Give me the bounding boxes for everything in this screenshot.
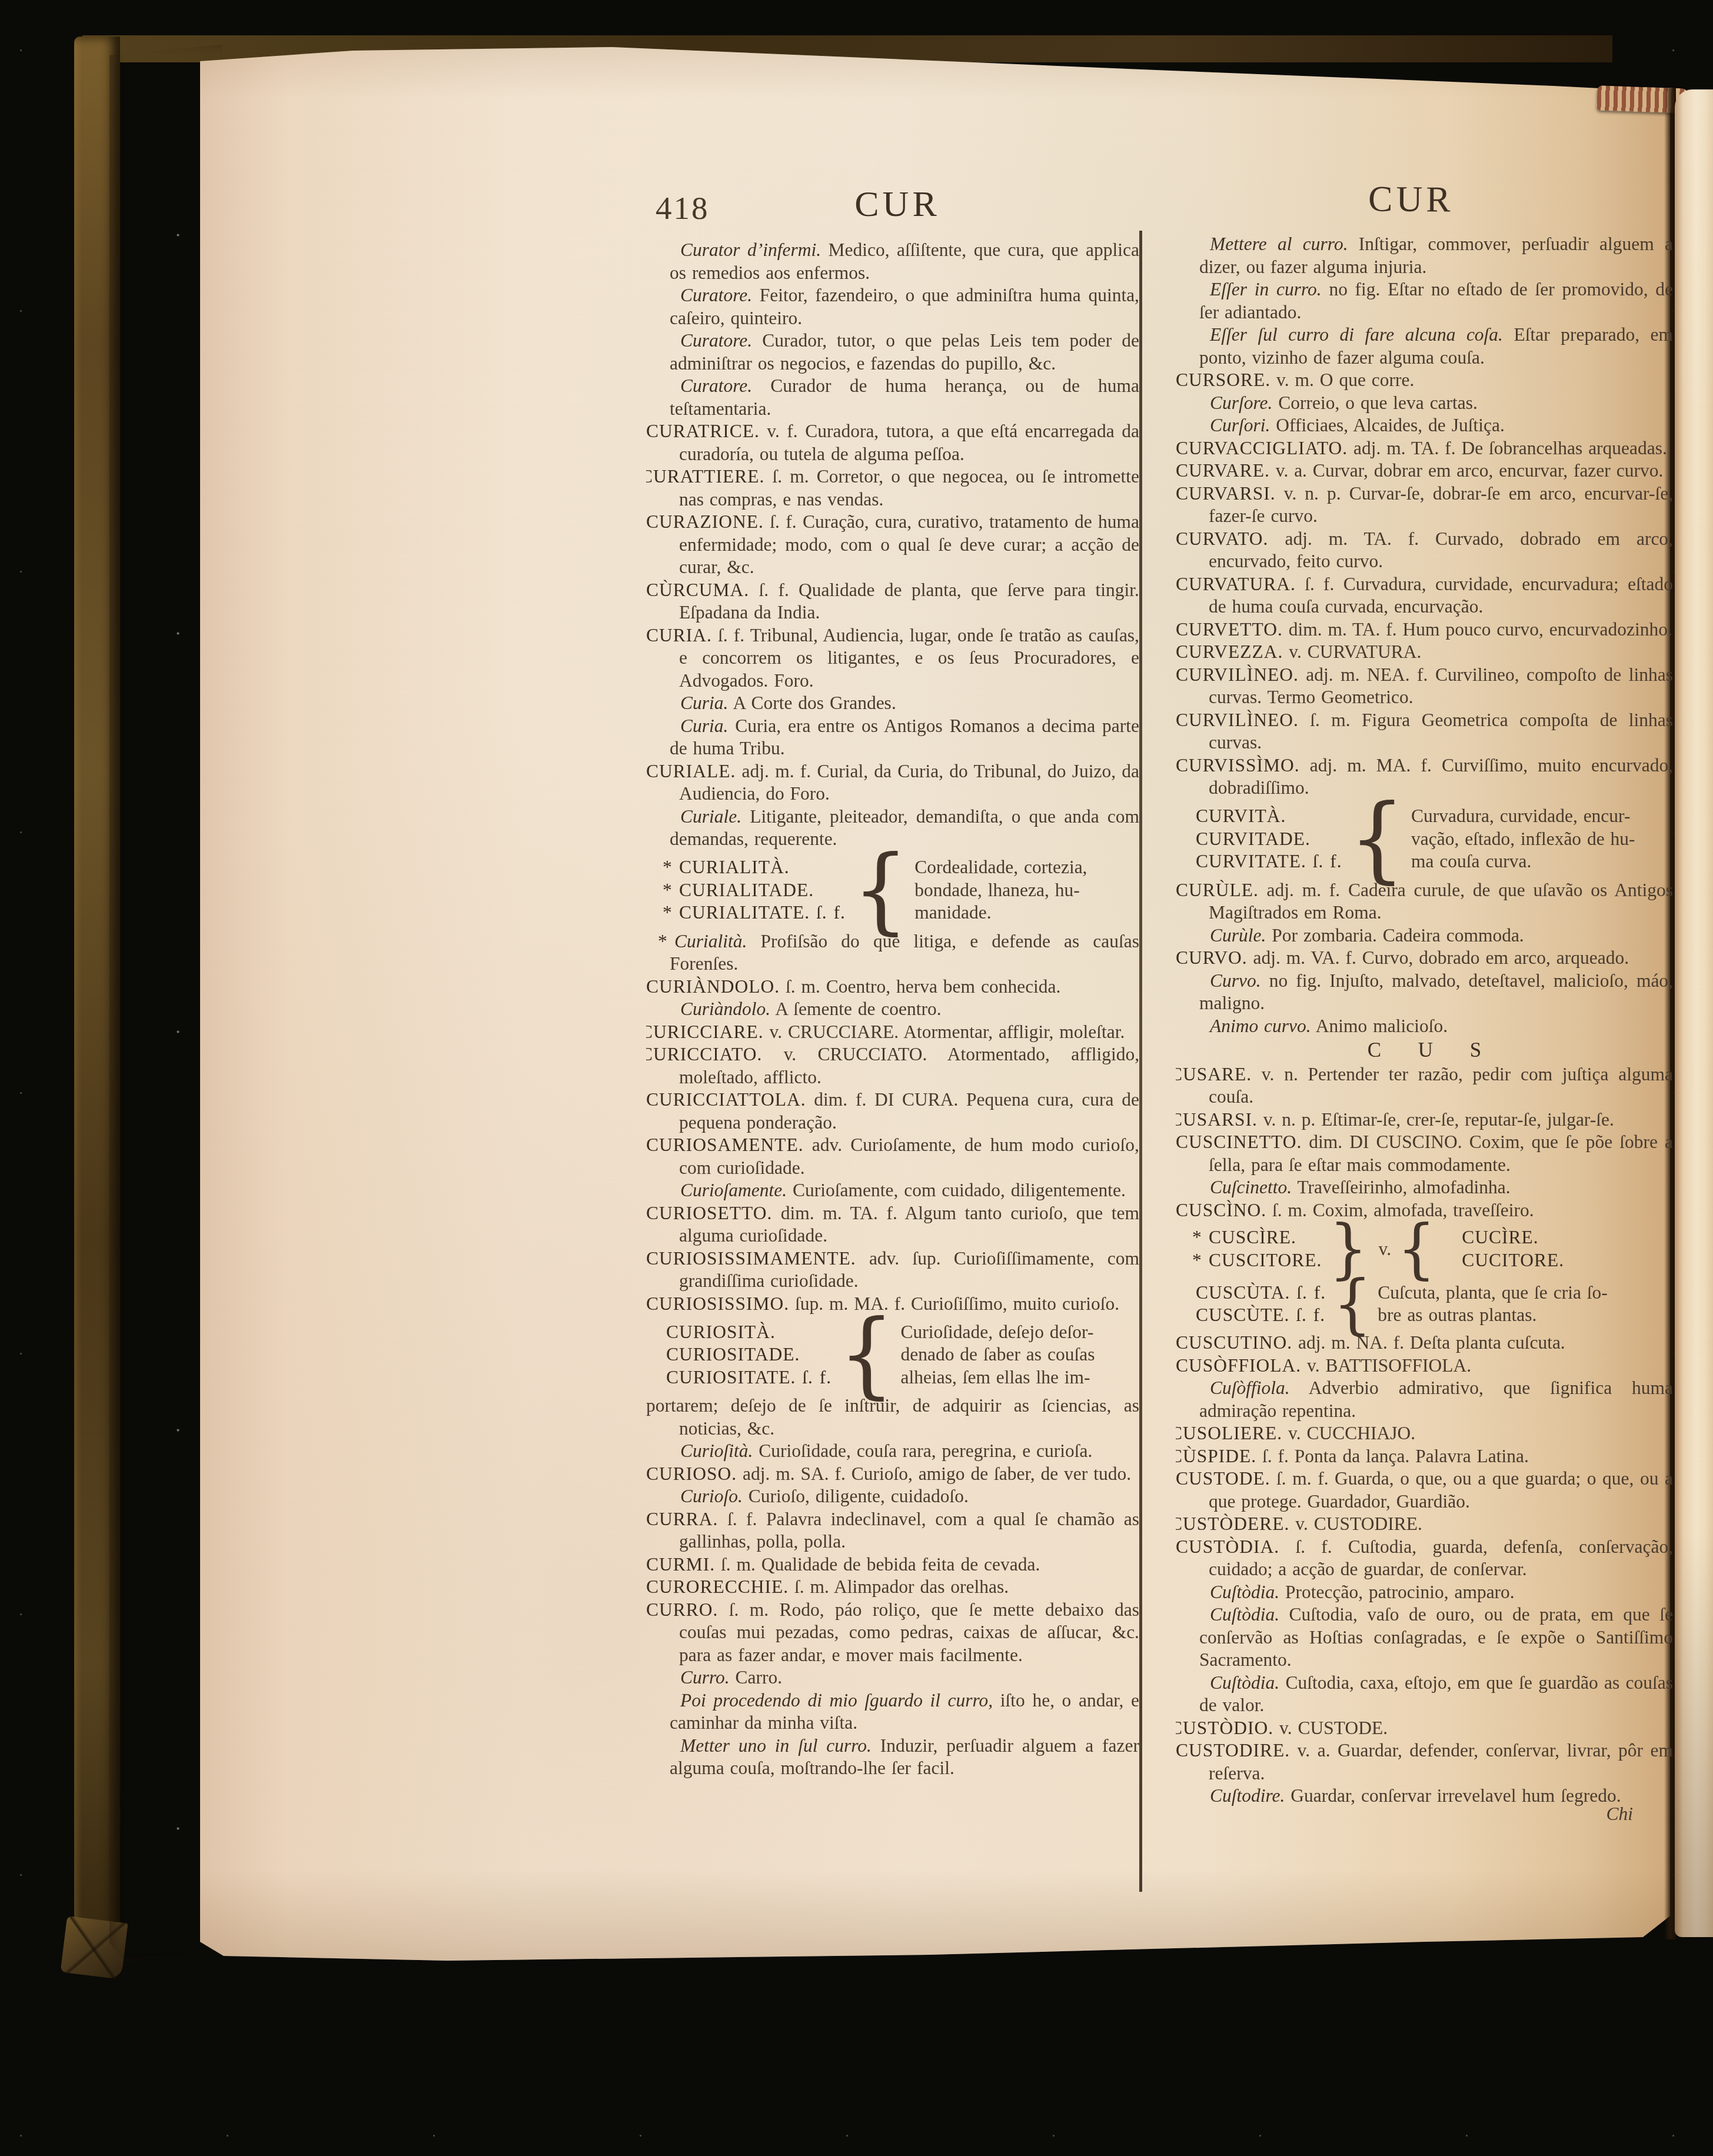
entry-headword: CURORECCHIE. [646, 1576, 789, 1597]
dictionary-entry: Eſſer in curro. no fig. Eſtar no eſtado … [1176, 278, 1673, 324]
dictionary-entry: Curioſamente. Curioſamente, com cuidado,… [646, 1179, 1139, 1202]
dictionary-entry: CURVARE. v. a. Curvar, dobrar em arco, e… [1176, 460, 1673, 483]
dictionary-entry: Cuſtòdia. Protecção, patrocinio, amparo. [1176, 1581, 1673, 1604]
entry-headword: Cuſcinetto. [1210, 1177, 1292, 1197]
dictionary-entry: Animo curvo. Animo malicioſo. [1176, 1015, 1673, 1038]
entry-headword: CURVITATE. ſ. f. [1196, 851, 1342, 871]
section-header: C U S [1176, 1039, 1673, 1062]
entry-headword: CÙRCUMA. [646, 580, 749, 600]
entry-headword: Cuſtodire. [1210, 1785, 1285, 1806]
dictionary-entry: CURVEZZA. v. CURVATURA. [1176, 641, 1673, 664]
entry-definition: v. CRUCCIARE. Atormentar, affligir, mole… [770, 1022, 1125, 1042]
entry-definition: adj. m. VA. f. Curvo, dobrado em arco, a… [1253, 947, 1629, 968]
entry-headword: CUSARE. [1176, 1064, 1252, 1084]
entry-definition: Guardar, conſervar irrevelavel hum ſegre… [1290, 1785, 1621, 1806]
entry-definition: v. a. Curvar, dobrar em arco, encurvar, … [1276, 460, 1664, 481]
entry-headword: CURIALITÀ. [679, 857, 790, 877]
dictionary-entry: Curiàndolo. A ſemente de coentro. [646, 998, 1139, 1021]
page-number: 418 [656, 189, 710, 227]
running-head-left: CUR [803, 184, 992, 225]
entry-definition: ſ. m. Qualidade de bebida feita de cevad… [721, 1554, 1040, 1575]
entry-definition: dim. m. TA. f. Hum pouco curvo, encurvad… [1289, 619, 1672, 640]
entry-headword: CURVILÌNEO. [1176, 710, 1299, 730]
dictionary-entry: Curvo. no fig. Injuſto, malvado, deteſta… [1176, 970, 1673, 1015]
dictionary-entry: Curſori. Officiaes, Alcaides, de Juſtiça… [1176, 414, 1673, 437]
entry-headword: CURSORE. [1176, 370, 1270, 390]
brace-definition: Cordealidade, cortezia, bondade, lhaneza… [914, 856, 1139, 924]
dictionary-entry: Curia. A Corte dos Grandes. [646, 692, 1139, 715]
running-head-right: CUR [1317, 178, 1505, 221]
entry-headword: CUSCINETTO. [1176, 1132, 1302, 1152]
dictionary-entry: CURVO. adj. m. VA. f. Curvo, dobrado em … [1176, 947, 1673, 970]
entry-star: * [1192, 1249, 1209, 1272]
entry-headword: CUCÌRE. [1462, 1227, 1538, 1247]
entry-headword: CUSTÒDIA. [1176, 1536, 1279, 1557]
brace-headword-row: CUSCÙTE. ſ. f. [1176, 1304, 1326, 1327]
brace-headwords: CURVITÀ.CURVITADE.CURVITATE. ſ. f. [1176, 805, 1342, 873]
dictionary-entry: *CUSARSI. v. n. p. Eſtimar-ſe, crer-ſe, … [1176, 1109, 1673, 1132]
dictionary-entry: CURIOSETTO. dim. m. TA. f. Algum tanto c… [646, 1202, 1139, 1247]
entry-headword: CURIOSITÀ. [666, 1322, 776, 1342]
entry-headword: CURIALITADE. [679, 880, 814, 900]
dictionary-entry: CURRA. ſ. f. Palavra indeclinavel, com a… [646, 1508, 1139, 1553]
entry-definition: v. n. p. Eſtimar-ſe, crer-ſe, reputar-ſe… [1263, 1109, 1614, 1130]
brace-target-headwords: CUCÌRE.CUCITORE. [1442, 1226, 1564, 1272]
entry-star: * [658, 930, 674, 953]
dictionary-entry: CUSTÒDIA. ſ. f. Cuſtodia, guarda, defenſ… [1176, 1536, 1673, 1581]
left-column: Curator d’infermi. Medico, aſſiſtente, q… [646, 239, 1139, 1943]
brace-group: *CURIALITÀ.*CURIALITADE.*CURIALITATE. ſ.… [646, 851, 1139, 930]
entry-definition: ſ. m. Rodo, páo roliço, que ſe mette deb… [679, 1599, 1139, 1665]
brace-definition: Cuſcuta, planta, que ſe cria ſo- bre as … [1378, 1282, 1673, 1327]
entry-headword: CUSTÒDERE. [1176, 1513, 1289, 1534]
entry-headword: Eſſer in curro. [1210, 279, 1322, 300]
brace-glyph: { [1333, 1275, 1372, 1333]
entry-definition: ſ. m. Alimpador das orelhas. [794, 1576, 1009, 1597]
dictionary-entry: Cuſtòdia. Cuſtodia, caxa, eſtojo, em que… [1176, 1672, 1673, 1717]
dictionary-entry: CURATRICE. v. f. Curadora, tutora, a que… [646, 420, 1139, 465]
entry-headword: Metter uno in ſul curro. [680, 1735, 872, 1756]
entry-headword: CURIOSITATE. ſ. f. [666, 1367, 831, 1388]
dictionary-entry: Curro. Carro. [646, 1666, 1139, 1689]
entry-definition: v. CUCCHIAJO. [1288, 1423, 1415, 1443]
entry-headword: CURVO. [1176, 947, 1248, 968]
dictionary-entry: Curùle. Por zombaria. Cadeira commoda. [1176, 924, 1673, 947]
entry-headword: CURVITADE. [1196, 829, 1310, 849]
entry-headword: CURVISSÌMO. [1176, 755, 1300, 776]
dictionary-entry: CUSCINETTO. dim. DI CUSCINO. Coxim, que … [1176, 1131, 1673, 1176]
entry-headword: CÙSPIDE. [1176, 1446, 1256, 1466]
section-header-text: C U S [1368, 1039, 1497, 1062]
right-column: Mettere al curro. Inſtigar, commover, pe… [1176, 233, 1673, 1904]
entry-definition: v. m. O que corre. [1276, 370, 1414, 390]
dictionary-entry: *CURICCIATO. v. CRUCCIATO. Atormentado, … [646, 1043, 1139, 1089]
entry-headword: CURVITÀ. [1196, 806, 1286, 826]
brace-glyph: { [1397, 1220, 1436, 1278]
entry-definition: Protecção, patrocinio, amparo. [1285, 1582, 1515, 1602]
dictionary-entry: CURÙLE. adj. m. f. Cadeira curule, de qu… [1176, 879, 1673, 924]
entry-headword: Curiale. [680, 806, 741, 827]
entry-definition: v. CUSTODE. [1279, 1718, 1388, 1738]
brace-glyph: { [853, 848, 909, 932]
entry-headword: CURIOSETTO. [646, 1203, 772, 1223]
dictionary-entry: Curioſo. Curioſo, diligente, cuidadoſo. [646, 1485, 1139, 1508]
dictionary-entry: Curſore. Correio, o que leva cartas. [1176, 392, 1673, 415]
dictionary-entry: CURVATURA. ſ. f. Curvadura, curvidade, e… [1176, 573, 1673, 618]
dictionary-entry: CURVATO. adj. m. TA. f. Curvado, dobrado… [1176, 528, 1673, 573]
brace-headword-row: CUCITORE. [1442, 1249, 1564, 1272]
entry-headword: CUSOLIERE. [1176, 1423, 1282, 1443]
entry-headword: CURICCIATTOLA. [646, 1089, 806, 1110]
dictionary-entry: CURIA. ſ. f. Tribunal, Audiencia, lugar,… [646, 624, 1139, 693]
entry-definition: Animo malicioſo. [1316, 1016, 1448, 1036]
entry-headword: Curſore. [1210, 392, 1272, 413]
dictionary-entry: CURRO. ſ. m. Rodo, páo roliço, que ſe me… [646, 1599, 1139, 1667]
entry-headword: CUSCÙTE. ſ. f. [1196, 1305, 1325, 1325]
entry-definition: Curioſamente, com cuidado, diligentement… [793, 1180, 1126, 1200]
entry-headword: CUSCUTINO. [1176, 1332, 1292, 1353]
dictionary-entry: Curatore. Curador de huma herança, ou de… [646, 375, 1139, 420]
entry-headword: Curvo. [1210, 970, 1261, 991]
entry-definition: v. BATTISOFFIOLA. [1307, 1355, 1471, 1376]
dictionary-entry: CURIALE. adj. m. f. Curial, da Curia, do… [646, 760, 1139, 806]
brace-headword-row: CURVITÀ. [1176, 805, 1342, 828]
entry-headword: CUSTODE. [1176, 1468, 1270, 1489]
dictionary-entry: CURVACCIGLIATO. adj. m. TA. f. De ſobran… [1176, 437, 1673, 460]
brace-headword-row: CURVITATE. ſ. f. [1176, 850, 1342, 873]
brace-headword-row: CURVITADE. [1176, 828, 1342, 851]
brace-headwords: CURIOSITÀ.CURIOSITADE.CURIOSITATE. ſ. f. [646, 1321, 831, 1389]
brace-headword-row: CUCÌRE. [1442, 1226, 1564, 1249]
brace-headword-row: CURIOSITADE. [646, 1343, 831, 1366]
entry-headword: CUCITORE. [1462, 1250, 1564, 1270]
dictionary-entry: CUSTODIRE. v. a. Guardar, defender, conſ… [1176, 1739, 1673, 1785]
entry-definition: A Corte dos Grandes. [733, 693, 896, 713]
entry-definition: Officiaes, Alcaides, de Juſtiça. [1276, 415, 1505, 435]
dictionary-entry: CURIOSISSIMAMENTE. adv. ſup. Curioſiſſim… [646, 1247, 1139, 1293]
dictionary-entry: CURVILÌNEO. ſ. m. Figura Geometrica comp… [1176, 709, 1673, 754]
dictionary-entry: *CUSOLIERE. v. CUCCHIAJO. [1176, 1422, 1673, 1445]
entry-headword: CURVARSI. [1176, 483, 1276, 504]
entry-star: * [663, 901, 679, 924]
page-content: 418 CUR CUR Curator d’infermi. Medico, a… [0, 0, 1713, 2156]
dictionary-entry: Cuſtòdia. Cuſtodia, vaſo de ouro, ou de … [1176, 1603, 1673, 1672]
dictionary-entry: *CURATTIERE. ſ. m. Corretor, o que negoc… [646, 465, 1139, 511]
brace-headword-row: *CUSCÌRE. [1176, 1226, 1322, 1249]
entry-definition: Por zombaria. Cadeira commoda. [1272, 925, 1524, 946]
dictionary-entry: *CÙSPIDE. ſ. f. Ponta da lança. Palavra … [1176, 1445, 1673, 1468]
dictionary-entry: CURAZIONE. ſ. f. Curação, cura, curativo… [646, 511, 1139, 579]
entry-headword: CURVARE. [1176, 460, 1270, 481]
dictionary-entry: *CUSTÒDERE. v. CUSTODIRE. [1176, 1513, 1673, 1536]
entry-headword: CUSTÒDIO. [1176, 1718, 1273, 1738]
entry-headword: CURVATURA. [1176, 574, 1296, 594]
entry-definition: v. CURVATURA. [1289, 641, 1421, 662]
entry-headword: Cuſtòdia. [1210, 1604, 1279, 1625]
dictionary-entry: *CUSTÒDIO. v. CUSTODE. [1176, 1717, 1673, 1740]
entry-headword: CUSCÌNO. [1176, 1200, 1266, 1220]
brace-headword-row: *CURIALITADE. [646, 879, 846, 902]
entry-headword: CURIALE. [646, 761, 736, 781]
entry-headword: Animo curvo. [1210, 1016, 1311, 1036]
entry-headword: Cuſtòdia. [1210, 1672, 1279, 1693]
brace-headword-row: *CURIALITATE. ſ. f. [646, 901, 846, 924]
brace-definition: Curvadura, curvidade, encur- vação, eſta… [1411, 805, 1673, 873]
dictionary-entry: CURIOSO. adj. m. SA. f. Curioſo, amigo d… [646, 1463, 1139, 1486]
entry-definition: v. CUSTODIRE. [1295, 1513, 1422, 1534]
cross-reference-v: v. [1379, 1238, 1392, 1261]
dictionary-entry: CUSTODE. ſ. m. f. Guarda, o que, ou a qu… [1176, 1468, 1673, 1513]
entry-headword: CURAZIONE. [646, 511, 764, 532]
entry-headword: CURVEZZA. [1176, 641, 1283, 662]
entry-headword: CURVILÌNEO. [1176, 664, 1299, 685]
entry-headword: Curioſamente. [680, 1180, 787, 1200]
entry-definition: adj. m. f. Curial, da Curia, do Tribunal… [679, 761, 1139, 804]
book-scan: 418 CUR CUR Curator d’infermi. Medico, a… [0, 0, 1713, 2156]
entry-definition: Curioſidade, couſa rara, peregrina, e cu… [759, 1440, 1092, 1461]
entry-headword: CURATRICE. [646, 421, 760, 441]
entry-headword: CURIOSO. [646, 1463, 737, 1484]
brace-group: CURVITÀ.CURVITADE.CURVITATE. ſ. f.{Curva… [1176, 800, 1673, 879]
entry-headword: Curro. [680, 1667, 730, 1688]
brace-glyph: { [839, 1313, 894, 1397]
entry-definition: adj. m. SA. f. Curioſo, amigo de ſaber, … [743, 1463, 1131, 1484]
entry-definition: adj. m. TA. f. Curvado, dobrado em arco,… [1209, 528, 1673, 572]
entry-headword: Poi procedendo di mio ſguardo il curro, [680, 1690, 993, 1711]
entry-headword: Eſſer ſul curro di fare alcuna coſa. [1210, 324, 1503, 345]
brace-headword-row: CUSCÙTA. ſ. f. [1176, 1282, 1326, 1305]
entry-headword: Curatore. [680, 285, 752, 305]
entry-headword: Curiàndolo. [680, 999, 770, 1019]
entry-definition: Traveſſeirinho, almofadinha. [1297, 1177, 1510, 1197]
entry-headword: CURMI. [646, 1554, 715, 1575]
entry-headword: Curatore. [680, 375, 752, 396]
entry-headword: Cuſtòdia. [1210, 1582, 1279, 1602]
dictionary-entry: Curatore. Feitor, fazendeiro, o que admi… [646, 284, 1139, 330]
dictionary-entry: Metter uno in ſul curro. Induzir, perſua… [646, 1735, 1139, 1780]
brace-headwords: *CURIALITÀ.*CURIALITADE.*CURIALITATE. ſ.… [646, 856, 846, 924]
entry-definition: Carro. [736, 1667, 783, 1688]
entry-headword: CURIÀNDOLO. [646, 976, 780, 997]
dictionary-entry: CURIOSAMENTE. adv. Curioſamente, de hum … [646, 1134, 1139, 1179]
entry-definition: A ſemente de coentro. [775, 999, 941, 1019]
entry-definition: Curia, era entre os Antigos Romanos a de… [670, 716, 1139, 759]
dictionary-entry: Curatore. Curador, tutor, o que pelas Le… [646, 330, 1139, 375]
dictionary-entry: CURVISSÌMO. adj. m. MA. f. Curviſſimo, m… [1176, 754, 1673, 800]
entry-headword: CURIOSISSIMAMENTE. [646, 1248, 856, 1269]
entry-definition: no fig. Injuſto, malvado, deteſtavel, ma… [1199, 970, 1673, 1014]
dictionary-entry: Cuſcinetto. Traveſſeirinho, almofadinha. [1176, 1176, 1673, 1199]
entry-headword: CURIOSISSIMO. [646, 1293, 789, 1314]
entry-headword: CURIALITATE. ſ. f. [679, 902, 846, 923]
dictionary-entry: CUSÒFFIOLA. v. BATTISOFFIOLA. [1176, 1355, 1673, 1378]
brace-headword-row: CURIOSITÀ. [646, 1321, 831, 1344]
entry-definition: Correio, o que leva cartas. [1278, 392, 1478, 413]
entry-headword: Curia. [680, 693, 728, 713]
entry-headword: CUSCITORE. [1209, 1250, 1322, 1270]
entry-headword: CUSÒFFIOLA. [1176, 1355, 1301, 1376]
entry-headword: CURRA. [646, 1509, 718, 1529]
dictionary-entry: Curator d’infermi. Medico, aſſiſtente, q… [646, 239, 1139, 284]
entry-headword: CURIOSITADE. [666, 1344, 800, 1365]
entry-headword: Curialità. [674, 931, 747, 951]
dictionary-entry: Curia. Curia, era entre os Antigos Roman… [646, 715, 1139, 760]
brace-headword-row: *CUSCITORE. [1176, 1249, 1322, 1272]
entry-headword: Mettere al curro. [1210, 234, 1348, 254]
entry-star: * [663, 879, 679, 902]
entry-headword: Curioſo. [680, 1486, 743, 1506]
entry-headword: CURVATO. [1176, 528, 1269, 549]
entry-headword: CURICCIARE. [646, 1022, 764, 1042]
entry-definition: v. n. Pertender ter razão, pedir com juſ… [1209, 1064, 1673, 1107]
entry-headword: CURIOSAMENTE. [646, 1134, 804, 1155]
dictionary-entry: CÙRCUMA. ſ. f. Qualidade de planta, que … [646, 579, 1139, 624]
dictionary-entry: *CUSARE. v. n. Pertender ter razão, pedi… [1176, 1063, 1673, 1109]
entry-headword: Curſori. [1210, 415, 1270, 435]
entry-headword: CURVETTO. [1176, 619, 1283, 640]
dictionary-entry: Cuſòffiola. Adverbio admirativo, que ſig… [1176, 1377, 1673, 1422]
entry-star: * [1192, 1226, 1209, 1249]
dictionary-entry: CURVETTO. dim. m. TA. f. Hum pouco curvo… [1176, 618, 1673, 641]
entry-headword: Curatore. [680, 330, 752, 351]
dictionary-entry: CURMI. ſ. m. Qualidade de bebida feita d… [646, 1553, 1139, 1576]
dictionary-entry: CUSCUTINO. adj. m. NA. f. Deſta planta c… [1176, 1332, 1673, 1355]
entry-headword: Curùle. [1210, 925, 1266, 946]
entry-definition: ſ. f. Ponta da lança. Palavra Latina. [1262, 1446, 1529, 1466]
entry-definition: ſ. m. f. Guarda, o que, ou a que guarda;… [1209, 1468, 1673, 1512]
entry-headword: CURRO. [646, 1599, 718, 1620]
entry-headword: CURIA. [646, 625, 712, 646]
dictionary-entry: CURSORE. v. m. O que corre. [1176, 369, 1673, 392]
entry-definition: adj. m. TA. f. De ſobrancelhas arqueadas… [1353, 438, 1667, 458]
brace-definition: Curioſidade, deſejo deſor- denado de ſab… [901, 1321, 1139, 1389]
entry-star: * [663, 856, 679, 879]
entry-headword: CURVACCIGLIATO. [1176, 438, 1348, 458]
entry-definition: ſ. f. Palavra indeclinavel, com a qual ſ… [679, 1509, 1139, 1552]
catchword-text: Chi [1606, 1804, 1633, 1824]
dictionary-entry: Curioſità. Curioſidade, couſa rara, pere… [646, 1440, 1139, 1463]
dictionary-entry: Eſſer ſul curro di fare alcuna coſa. Eſt… [1176, 324, 1673, 369]
entry-headword: CUSTODIRE. [1176, 1740, 1290, 1761]
entry-definition: adj. m. f. Cadeira curule, de que uſavão… [1209, 880, 1673, 923]
dictionary-entry: CURIÀNDOLO. ſ. m. Coentro, herva bem con… [646, 976, 1139, 999]
brace-headwords: CUSCÙTA. ſ. f.CUSCÙTE. ſ. f. [1176, 1282, 1326, 1327]
dictionary-entry: CURICCIATTOLA. dim. f. DI CURA. Pequena … [646, 1089, 1139, 1134]
entry-definition: v. n. p. Curvar-ſe, dobrar-ſe em arco, e… [1209, 483, 1673, 527]
entry-headword: CUSCÌRE. [1209, 1227, 1296, 1247]
column-divider-rule [1139, 231, 1142, 1892]
dictionary-entry: CURVILÌNEO. adj. m. NEA. f. Curvilineo, … [1176, 664, 1673, 709]
entry-headword: CUSCÙTA. ſ. f. [1196, 1282, 1326, 1303]
dictionary-entry: Poi procedendo di mio ſguardo il curro, … [646, 1689, 1139, 1735]
brace-headwords: *CUSCÌRE.*CUSCITORE. [1176, 1226, 1322, 1272]
entry-headword: CURÙLE. [1176, 880, 1259, 900]
entry-headword: Curioſità. [680, 1440, 753, 1461]
entry-headword: CURICCIATO. [646, 1044, 762, 1064]
dictionary-entry: CURORECCHIE. ſ. m. Alimpador das orelhas… [646, 1576, 1139, 1599]
entry-headword: Cuſòffiola. [1210, 1378, 1290, 1398]
dictionary-entry: *CURICCIARE. v. CRUCCIARE. Atormentar, a… [646, 1021, 1139, 1044]
entry-headword: CUSARSI. [1176, 1109, 1258, 1130]
entry-definition: Curioſo, diligente, cuidadoſo. [749, 1486, 969, 1506]
brace-headword-row: CURIOSITATE. ſ. f. [646, 1366, 831, 1389]
dictionary-entry: Cuſtodire. Guardar, conſervar irrevelave… [1176, 1785, 1673, 1808]
entry-headword: Curator d’infermi. [680, 239, 821, 260]
entry-headword: CURATTIERE. [646, 466, 764, 487]
brace-glyph: { [1349, 797, 1405, 881]
dictionary-entry: Mettere al curro. Inſtigar, commover, pe… [1176, 233, 1673, 278]
brace-group: CURIOSITÀ.CURIOSITADE.CURIOSITATE. ſ. f.… [646, 1315, 1139, 1395]
cross-reference-brace-group: *CUSCÌRE.*CUSCITORE.}v.{CUCÌRE.CUCITORE. [1176, 1222, 1673, 1277]
entry-headword: Curia. [680, 716, 728, 736]
dictionary-entry: CURVARSI. v. n. p. Curvar-ſe, dobrar-ſe … [1176, 483, 1673, 528]
entry-definition: ſ. m. Coentro, herva bem conhecida. [786, 976, 1060, 997]
brace-headword-row: *CURIALITÀ. [646, 856, 846, 879]
entry-definition: ſ. f. Tribunal, Audiencia, lugar, onde ſ… [679, 625, 1139, 691]
